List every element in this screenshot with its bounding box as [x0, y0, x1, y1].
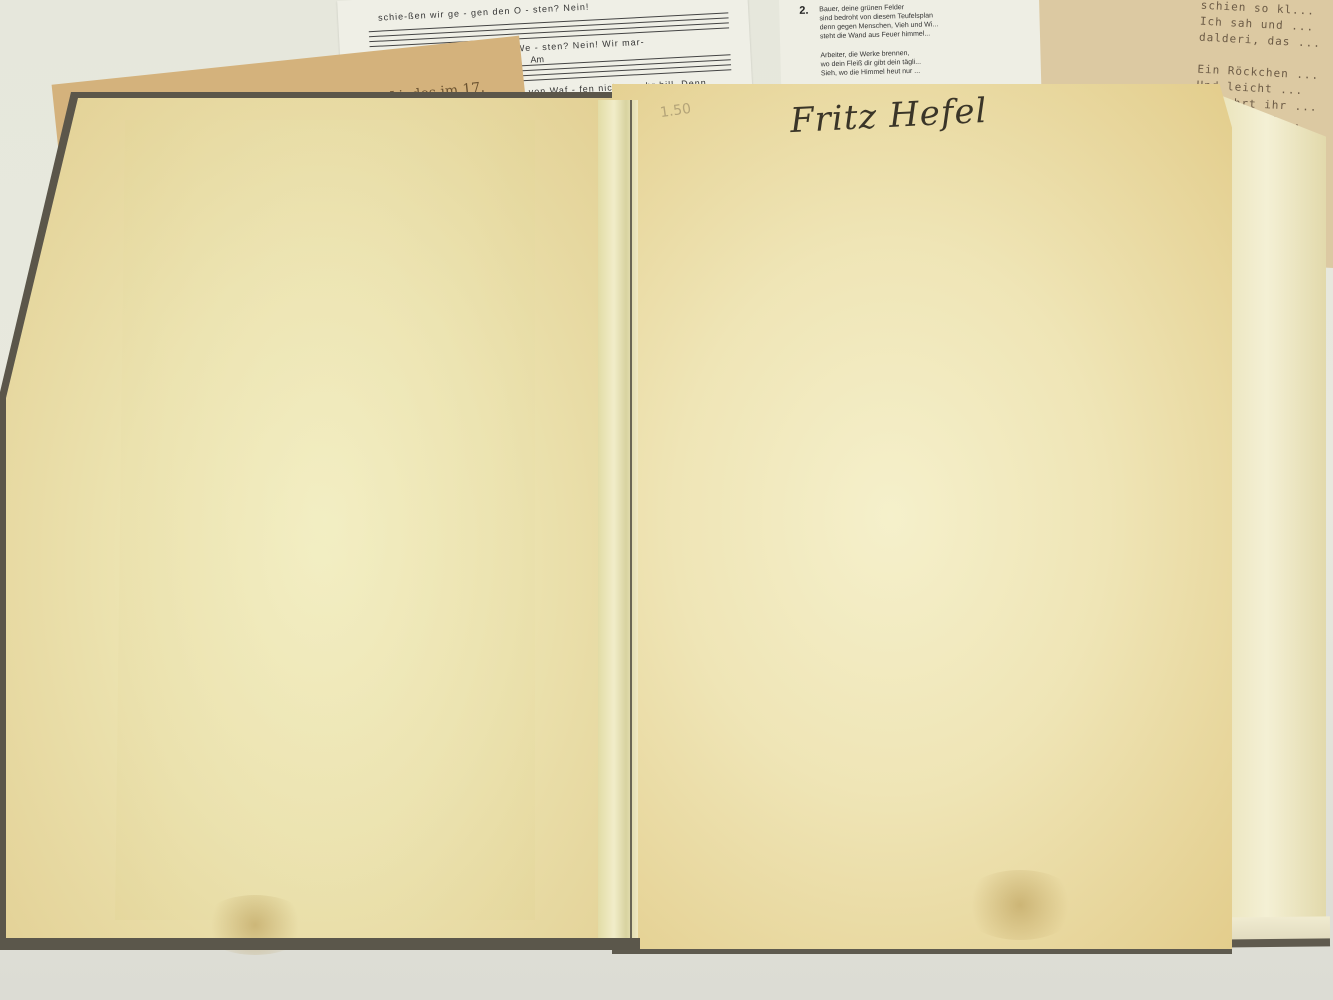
right-flyleaf[interactable] — [612, 84, 1232, 954]
music-lyric: schie-ßen wir ge - gen den O - sten? Nei… — [378, 2, 590, 23]
stain — [960, 870, 1080, 940]
lyric-line: wo dein Fleiß dir gibt dein tägli... — [821, 59, 922, 69]
lyric-line: Bauer, deine grünen Felder — [819, 4, 904, 13]
book-gutter — [598, 100, 638, 940]
typed-line: dalderi, das ... — [1199, 31, 1321, 50]
verse-number: 2. — [799, 5, 808, 17]
lyric-line: Sieh, wo die Himmel heut nur ... — [821, 68, 920, 78]
book-cover-bottom-left — [0, 938, 640, 950]
spine-hinge — [630, 100, 632, 945]
left-endpaper-shade — [115, 120, 535, 920]
lyric-line: Arbeiter, die Werke brennen, — [820, 50, 909, 59]
printed-lyric-sheet: 2. Bauer, deine grünen Felder sind bedro… — [779, 0, 1042, 98]
lyric-line: steht die Wand aus Feuer himmel... — [820, 30, 930, 40]
